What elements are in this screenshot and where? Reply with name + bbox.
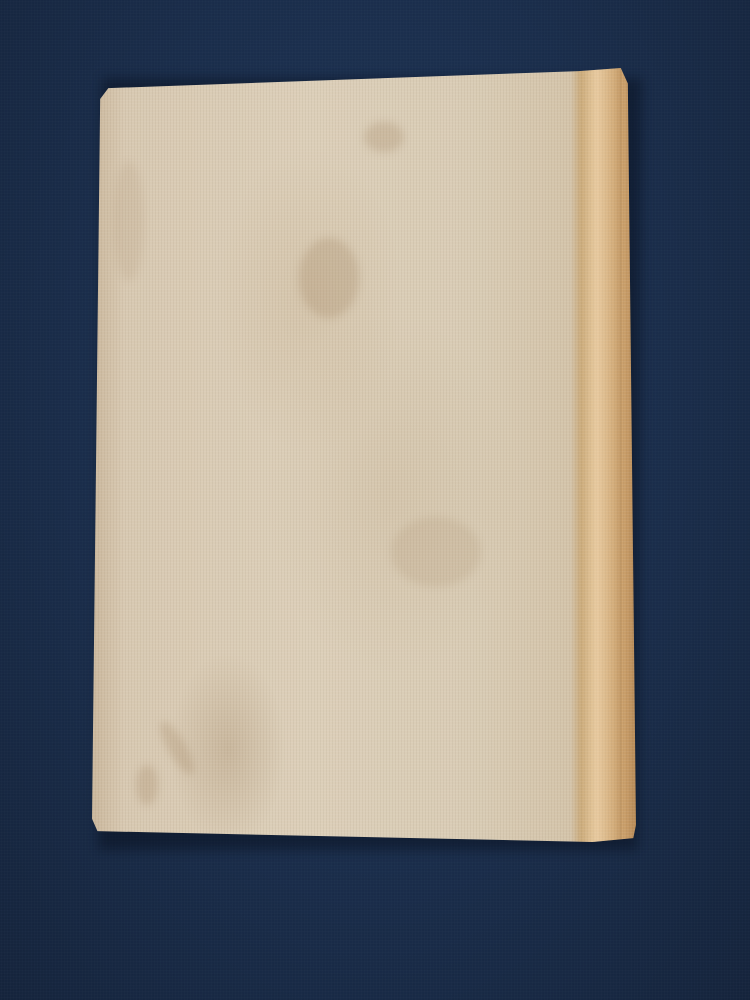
cloth-texture (92, 68, 636, 842)
spine-edge (579, 68, 623, 842)
stain (136, 765, 158, 805)
stain (364, 122, 404, 152)
stain (391, 517, 481, 587)
book-back-cover (92, 68, 636, 842)
stain (114, 161, 144, 281)
stain (299, 238, 359, 318)
